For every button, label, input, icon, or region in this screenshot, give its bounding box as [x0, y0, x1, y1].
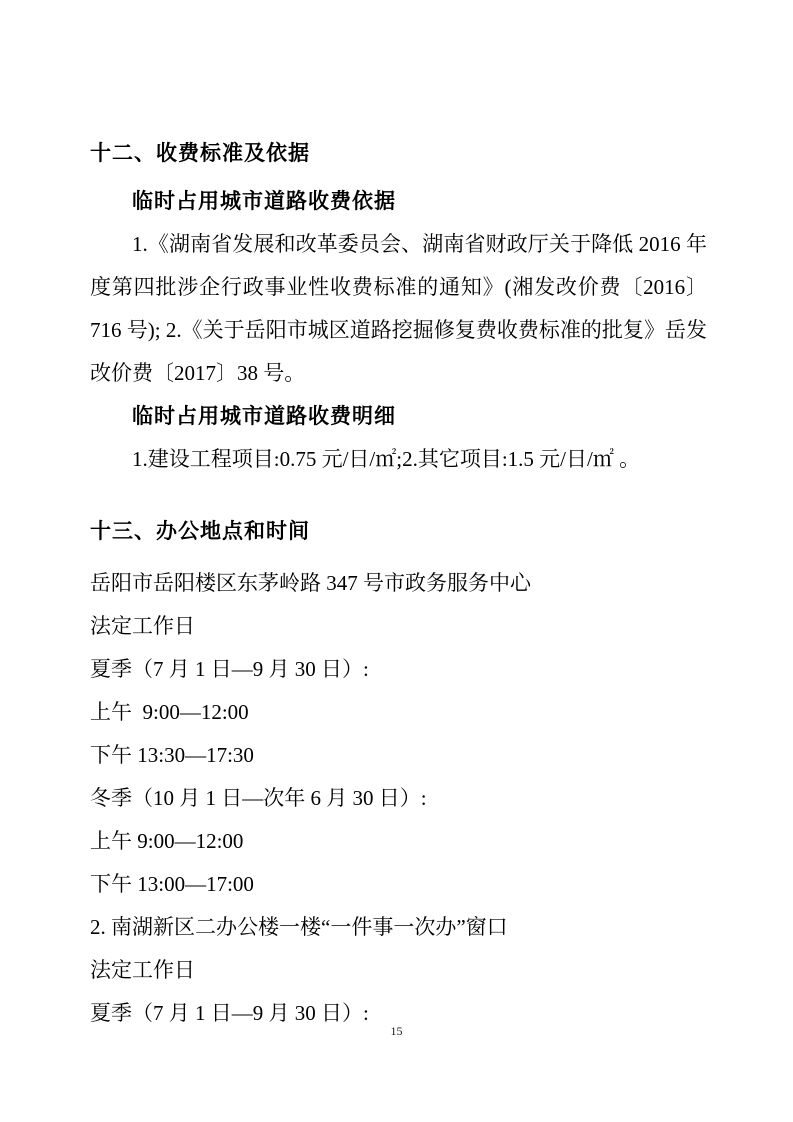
section-12-heading: 十二、收费标准及依据: [90, 140, 707, 167]
document-page: 十二、收费标准及依据 临时占用城市道路收费依据 1.《湖南省发展和改革委员会、湖…: [0, 0, 793, 1122]
office-line-summer-1: 夏季（7 月 1 日—9 月 30 日）:: [90, 648, 707, 691]
office-line-winter-pm: 下午 13:00—17:00: [90, 863, 707, 906]
office-line-winter-am: 上午 9:00—12:00: [90, 820, 707, 863]
office-line-summer-am: 上午 9:00—12:00: [90, 691, 707, 734]
office-line-winter: 冬季（10 月 1 日—次年 6 月 30 日）:: [90, 777, 707, 820]
paragraph-fee-basis: 1.《湖南省发展和改革委员会、湖南省财政厅关于降低 2016 年度第四批涉企行政…: [90, 223, 707, 395]
subhead-fee-detail: 临时占用城市道路收费明细: [90, 395, 707, 438]
office-line-address: 岳阳市岳阳楼区东茅岭路 347 号市政务服务中心: [90, 562, 707, 605]
office-line-summer-pm: 下午 13:30—17:30: [90, 734, 707, 777]
paragraph-fee-detail: 1.建设工程项目:0.75 元/日/㎡;2.其它项目:1.5 元/日/㎡ 。: [90, 438, 707, 481]
section-13-heading: 十三、办公地点和时间: [90, 518, 707, 545]
subhead-fee-basis: 临时占用城市道路收费依据: [90, 180, 707, 223]
page-number: 15: [0, 1024, 793, 1039]
office-line-workdays-1: 法定工作日: [90, 605, 707, 648]
document-content: 十二、收费标准及依据 临时占用城市道路收费依据 1.《湖南省发展和改革委员会、湖…: [90, 140, 707, 1035]
office-line-location-2: 2. 南湖新区二办公楼一楼“一件事一次办”窗口: [90, 906, 707, 949]
office-line-workdays-2: 法定工作日: [90, 949, 707, 992]
